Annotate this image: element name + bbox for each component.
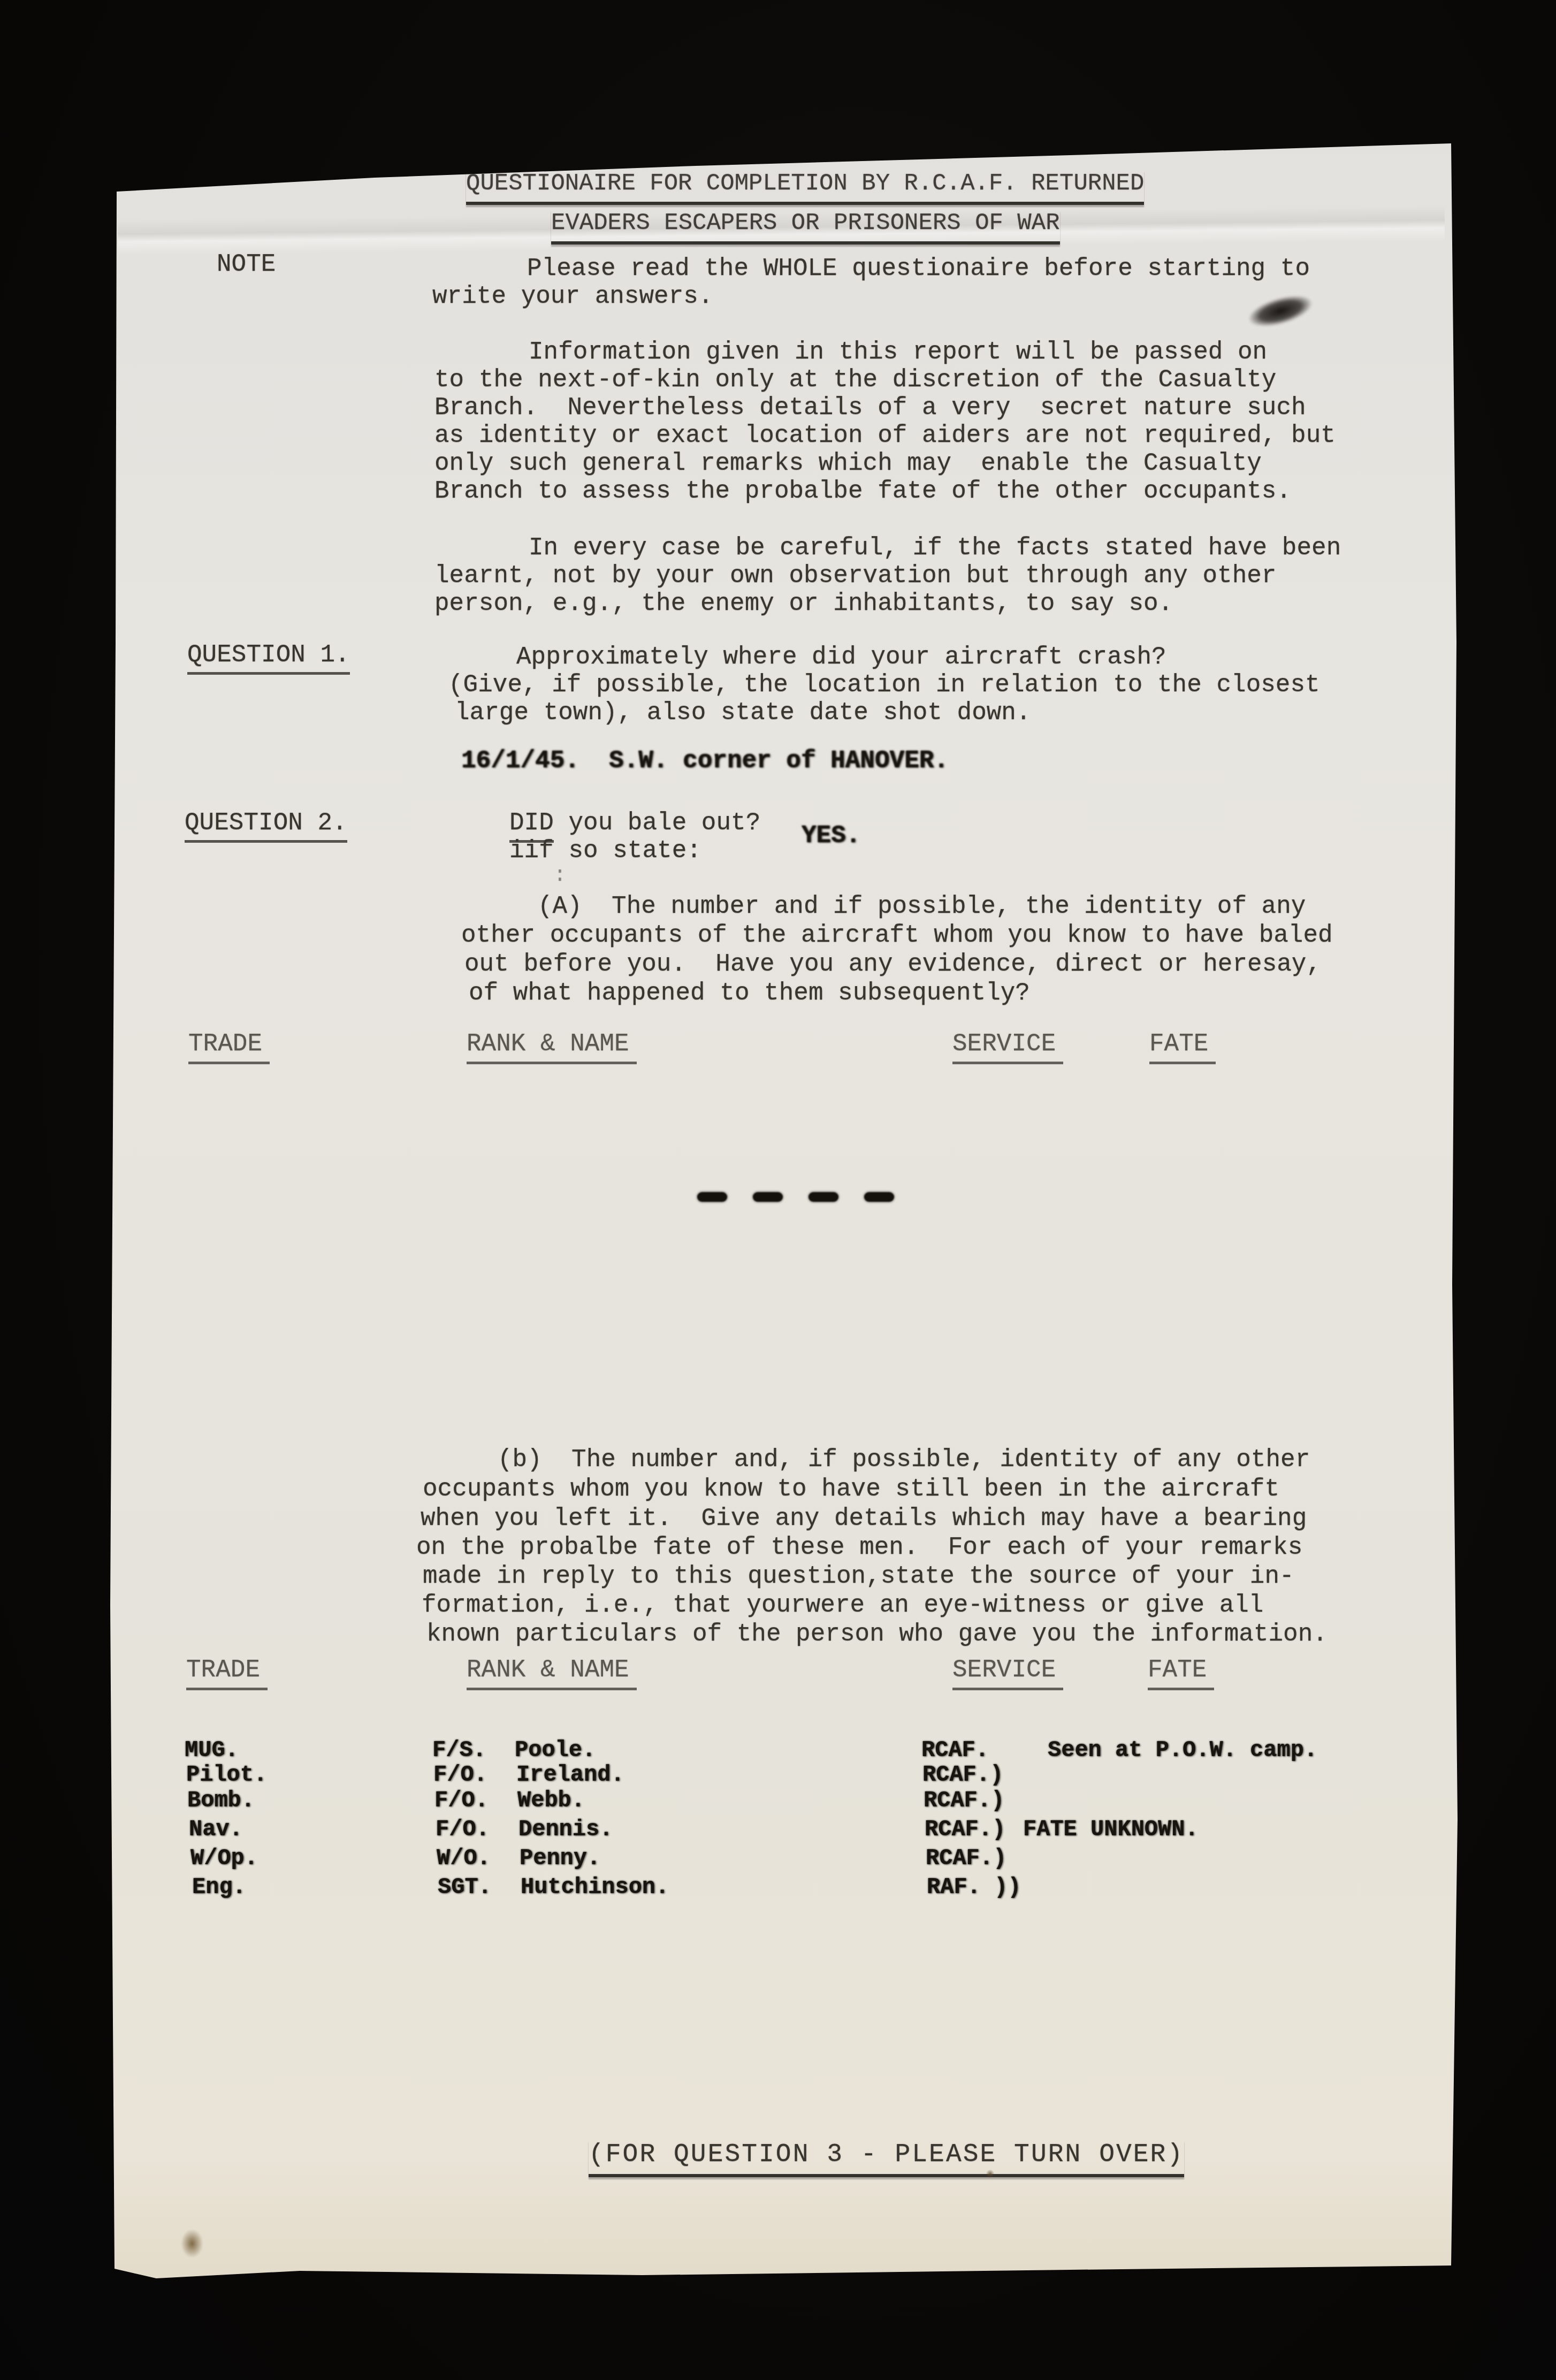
note-p3-line1: In every case be careful, if the facts s… bbox=[529, 534, 1341, 562]
question2a-line1: (A) The number and if possible, the iden… bbox=[538, 892, 1306, 921]
name-cell: Ireland. bbox=[516, 1762, 624, 1788]
table1-rank-name-text: RANK & NAME bbox=[467, 1030, 637, 1064]
trade-cell: Pilot. bbox=[186, 1762, 267, 1788]
table2-header-fate: FATE bbox=[1148, 1656, 1214, 1690]
dash-mark bbox=[697, 1192, 727, 1202]
prompt-rest: you bale out? bbox=[554, 809, 760, 837]
rank-cell: SGT. bbox=[438, 1874, 492, 1900]
question1-answer: 16/1/45. S.W. corner of HANOVER. bbox=[461, 747, 949, 775]
question2-label: QUESTION 2. bbox=[185, 809, 347, 843]
rank-cell: W/O. bbox=[437, 1845, 491, 1871]
ink-smudge bbox=[1237, 279, 1333, 341]
table2-rank-name-text: RANK & NAME bbox=[467, 1656, 637, 1690]
question2b-line7: known particulars of the person who gave… bbox=[426, 1620, 1328, 1649]
document-title-line1: QUESTIONAIRE FOR COMPLETION BY R.C.A.F. … bbox=[466, 170, 1144, 205]
question2a-line4: of what happened to them subsequently? bbox=[469, 979, 1030, 1008]
trade-cell: Bomb. bbox=[187, 1788, 255, 1813]
note-p2-line6: Branch to assess the probalbe fate of th… bbox=[434, 477, 1291, 506]
note-p2-line1: Information given in this report will be… bbox=[529, 338, 1267, 367]
question2-answer: YES. bbox=[802, 822, 860, 850]
table1-header-trade: TRADE bbox=[188, 1030, 270, 1064]
trade-cell: W/Op. bbox=[190, 1845, 258, 1871]
note-p1-line1: Please read the WHOLE questionaire befor… bbox=[527, 255, 1310, 283]
table2-service-text: SERVICE bbox=[952, 1656, 1063, 1690]
question2-prompt-line2: iif so state: bbox=[509, 837, 701, 865]
question1-line1: Approximately where did your aircraft cr… bbox=[516, 643, 1166, 672]
question2a-answer-dashes bbox=[697, 1192, 894, 1202]
footer-text: (FOR QUESTION 3 - PLEASE TURN OVER) bbox=[589, 2140, 1184, 2177]
note-p3-line2: learnt, not by your own observation but … bbox=[434, 562, 1276, 590]
rank-cell: F/S. bbox=[432, 1737, 486, 1763]
question2-label-text: QUESTION 2. bbox=[185, 809, 347, 843]
paper-speck bbox=[986, 2169, 994, 2178]
fate-cell: FATE UNKNOWN. bbox=[1023, 1817, 1199, 1842]
table1-header-service: SERVICE bbox=[952, 1030, 1063, 1064]
dash-mark bbox=[753, 1192, 783, 1202]
dash-mark bbox=[864, 1192, 894, 1202]
table2-trade-text: TRADE bbox=[186, 1656, 268, 1690]
table1-header-fate: FATE bbox=[1149, 1030, 1216, 1064]
question2b-line5: made in reply to this question,state the… bbox=[423, 1562, 1294, 1591]
footer-turn-over-note: (FOR QUESTION 3 - PLEASE TURN OVER) bbox=[589, 2140, 1184, 2177]
note-p2-line4: as identity or exact location of aiders … bbox=[434, 422, 1336, 450]
note-p1-line2: write your answers. bbox=[432, 283, 713, 311]
service-cell: RCAF.) bbox=[922, 1762, 1003, 1788]
name-cell: Poole. bbox=[515, 1737, 596, 1763]
rank-cell: F/O. bbox=[433, 1762, 487, 1788]
table1-service-text: SERVICE bbox=[952, 1030, 1063, 1064]
table2-fate-text: FATE bbox=[1148, 1656, 1214, 1690]
name-cell: Penny. bbox=[520, 1845, 600, 1871]
paper-stain bbox=[181, 2229, 203, 2258]
document-title-line2: EVADERS ESCAPERS OR PRISONERS OF WAR bbox=[551, 210, 1060, 245]
trade-cell: Nav. bbox=[189, 1817, 243, 1842]
service-cell: RCAF. bbox=[921, 1737, 989, 1763]
dash-mark bbox=[808, 1192, 838, 1202]
service-cell: RCAF.) bbox=[926, 1845, 1006, 1871]
rank-cell: F/O. bbox=[434, 1788, 489, 1813]
service-cell: RCAF.) bbox=[924, 1788, 1004, 1813]
note-p2-line3: Branch. Nevertheless details of a very s… bbox=[434, 394, 1306, 422]
service-cell: RAF. )) bbox=[927, 1874, 1021, 1900]
question2b-line3: when you left it. Give any details which… bbox=[421, 1505, 1307, 1533]
service-cell: RCAF.) bbox=[925, 1817, 1005, 1842]
rank-cell: F/O. bbox=[436, 1817, 490, 1842]
table1-trade-text: TRADE bbox=[188, 1030, 270, 1064]
note-p2-line2: to the next-of-kin only at the discretio… bbox=[434, 366, 1276, 394]
question1-line2: (Give, if possible, the location in rela… bbox=[448, 671, 1320, 699]
question1-label: QUESTION 1. bbox=[187, 641, 350, 675]
photo-background: QUESTIONAIRE FOR COMPLETION BY R.C.A.F. … bbox=[0, 0, 1556, 2380]
question2b-line4: on the probalbe fate of these men. For e… bbox=[416, 1534, 1302, 1562]
name-cell: Hutchinson. bbox=[521, 1874, 669, 1900]
title-line1-text: QUESTIONAIRE FOR COMPLETION BY R.C.A.F. … bbox=[466, 170, 1144, 205]
fate-cell: Seen at P.O.W. camp. bbox=[1048, 1737, 1317, 1763]
table1-fate-text: FATE bbox=[1149, 1030, 1216, 1064]
question1-line3: large town), also state date shot down. bbox=[455, 699, 1031, 727]
trade-cell: Eng. bbox=[192, 1874, 246, 1900]
table1-header-rank-name: RANK & NAME bbox=[467, 1030, 637, 1064]
name-cell: Dennis. bbox=[518, 1817, 613, 1842]
question2b-line6: formation, i.e., that yourwere an eye-wi… bbox=[422, 1591, 1263, 1620]
name-cell: Webb. bbox=[517, 1788, 585, 1813]
question2a-line2: other occupants of the aircraft whom you… bbox=[461, 921, 1333, 950]
note-p2-line5: only such general remarks which may enab… bbox=[434, 449, 1262, 478]
note-p3-line3: person, e.g., the enemy or inhabitants, … bbox=[434, 590, 1173, 618]
note-label: NOTE bbox=[217, 250, 276, 279]
trade-cell: MUG. bbox=[185, 1737, 239, 1763]
table2-header-service: SERVICE bbox=[952, 1656, 1063, 1690]
question1-label-text: QUESTION 1. bbox=[187, 641, 350, 675]
question2a-line3: out before you. Have you any evidence, d… bbox=[464, 950, 1321, 979]
question2b-line2: occupants whom you know to have still be… bbox=[423, 1475, 1279, 1504]
title-line2-text: EVADERS ESCAPERS OR PRISONERS OF WAR bbox=[551, 210, 1060, 245]
question2b-line1: (b) The number and, if possible, identit… bbox=[498, 1446, 1310, 1474]
table2-header-trade: TRADE bbox=[186, 1656, 268, 1690]
stray-colon-mark: : bbox=[554, 864, 566, 888]
table2-header-rank-name: RANK & NAME bbox=[467, 1656, 637, 1690]
document-page: QUESTIONAIRE FOR COMPLETION BY R.C.A.F. … bbox=[0, 0, 1556, 2380]
